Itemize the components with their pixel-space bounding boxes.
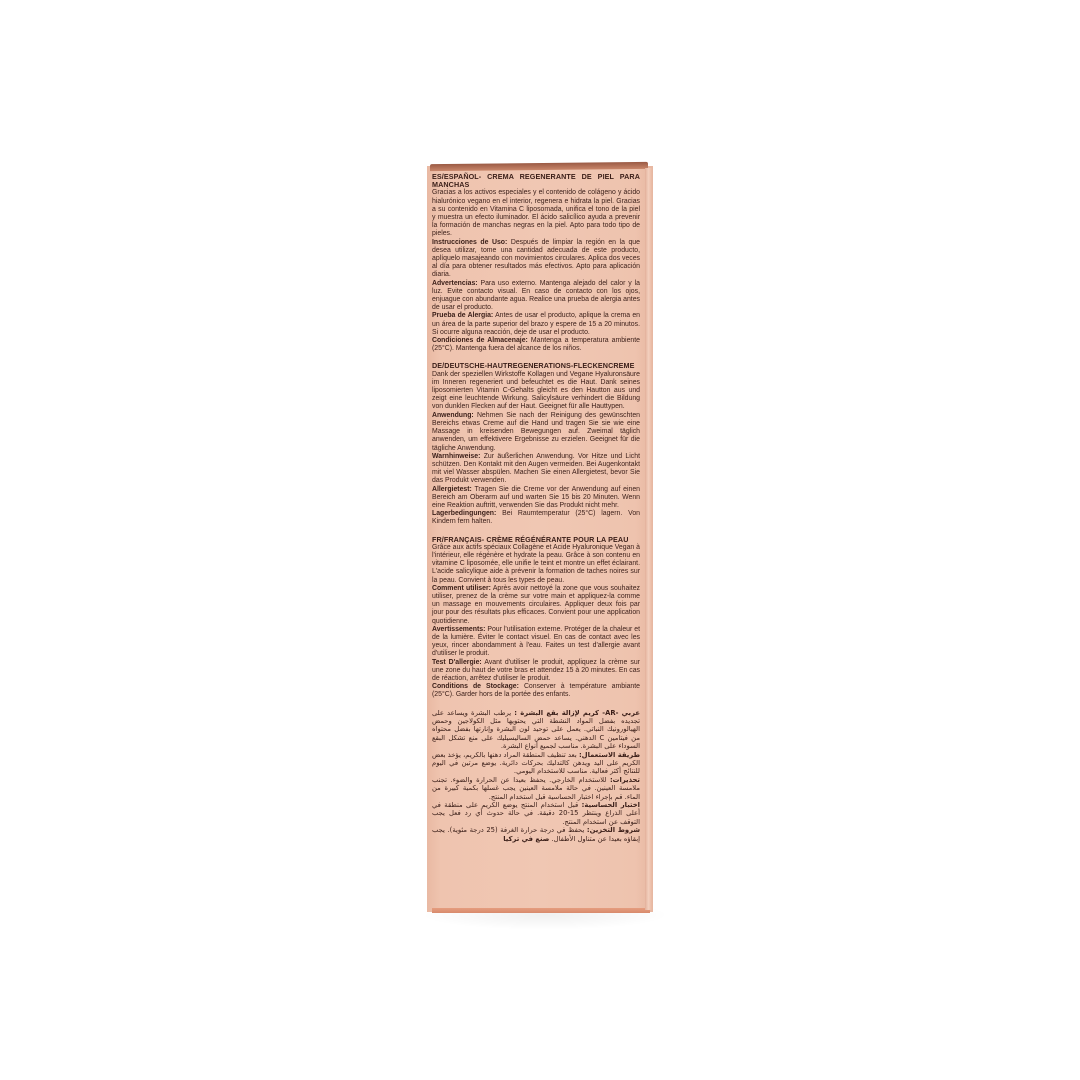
box-side-fold [645, 168, 652, 910]
block-heading: Conditions de Stockage: [432, 683, 519, 690]
intro-paragraph: Dank der speziellen Wirkstoffe Kollagen … [432, 371, 640, 412]
block-heading: Prueba de Alergia: [432, 312, 493, 319]
usage-block: Comment utiliser: Après avoir nettoyé la… [432, 585, 640, 626]
block-heading: Condiciones de Almacenaje: [432, 337, 528, 344]
block-heading: Avertissements: [432, 626, 485, 633]
section-title: FR/FRANÇAIS- CRÈME RÉGÉNÉRANTE POUR LA P… [432, 536, 640, 544]
made-in-label: صنع في تركيا [503, 835, 549, 843]
section-french: FR/FRANÇAIS- CRÈME RÉGÉNÉRANTE POUR LA P… [432, 536, 640, 700]
block-heading: تحذيرات: [610, 776, 640, 784]
allergy-test-block: Allergietest: Tragen Sie die Creme vor d… [432, 486, 640, 511]
block-heading: Instrucciones de Uso: [432, 239, 507, 246]
section-arabic: عربي -AR- كريم لإزالة بقع البشرة : يرطب … [432, 709, 640, 844]
block-heading: شروط التخزين: [587, 826, 640, 834]
block-heading: Comment utiliser: [432, 585, 491, 592]
usage-block: Instrucciones de Uso: Después de limpiar… [432, 239, 640, 280]
section-german: DE/DEUTSCHE-HAUTREGENERATIONS-FLECKENCRE… [432, 362, 640, 526]
storage-block: Lagerbedingungen: Bei Raumtemperatur (25… [432, 510, 640, 526]
block-heading: Anwendung: [432, 412, 474, 419]
block-heading: طريقة الاستعمال: [579, 751, 640, 759]
block-heading: Advertencias: [432, 280, 478, 287]
warnings-block: Advertencias: Para uso externo. Mantenga… [432, 280, 640, 313]
block-heading: Warnhinweise: [432, 453, 480, 460]
allergy-test-block: Test D'allergie: Avant d'utiliser le pro… [432, 659, 640, 684]
block-heading: Lagerbedingungen: [432, 510, 496, 517]
block-text: للاستخدام الخارجي. يحفظ بعيدا عن الحرارة… [432, 776, 640, 801]
warnings-block: Warnhinweise: Zur äußerlichen Anwendung.… [432, 453, 640, 486]
section-title: DE/DEUTSCHE-HAUTREGENERATIONS-FLECKENCRE… [432, 362, 640, 370]
block-heading: Test D'allergie: [432, 659, 482, 666]
warnings-block: تحذيرات: للاستخدام الخارجي. يحفظ بعيدا ع… [432, 776, 640, 801]
allergy-test-block: اختبار الحساسية: قبل استخدام المنتج يوضع… [432, 801, 640, 826]
box-bottom-edge [432, 908, 650, 913]
warnings-block: Avertissements: Pour l'utilisation exter… [432, 626, 640, 659]
allergy-test-block: Prueba de Alergia: Antes de usar el prod… [432, 312, 640, 337]
usage-block: Anwendung: Nehmen Sie nach der Reinigung… [432, 412, 640, 453]
product-label-text: ES/ESPAÑOL- CREMA REGENERANTE DE PIEL PA… [432, 173, 640, 852]
section-spanish: ES/ESPAÑOL- CREMA REGENERANTE DE PIEL PA… [432, 173, 640, 353]
usage-block: طريقة الاستعمال: بعد تنظيف المنطقة المرا… [432, 751, 640, 776]
intro-paragraph: Grâce aux actifs spéciaux Collagène et A… [432, 544, 640, 585]
section-title: ES/ESPAÑOL- CREMA REGENERANTE DE PIEL PA… [432, 173, 640, 189]
storage-block: Conditions de Stockage: Conserver à temp… [432, 683, 640, 699]
intro-paragraph: عربي -AR- كريم لإزالة بقع البشرة : يرطب … [432, 709, 640, 751]
section-title: عربي -AR- كريم لإزالة بقع البشرة : [514, 709, 640, 717]
block-heading: Allergietest: [432, 486, 472, 493]
intro-paragraph: Gracias a los activos especiales y el co… [432, 189, 640, 238]
storage-block: شروط التخزين: يحفظ في درجة حرارة الغرفة … [432, 826, 640, 843]
block-heading: اختبار الحساسية: [582, 801, 640, 809]
storage-block: Condiciones de Almacenaje: Mantenga a te… [432, 337, 640, 353]
